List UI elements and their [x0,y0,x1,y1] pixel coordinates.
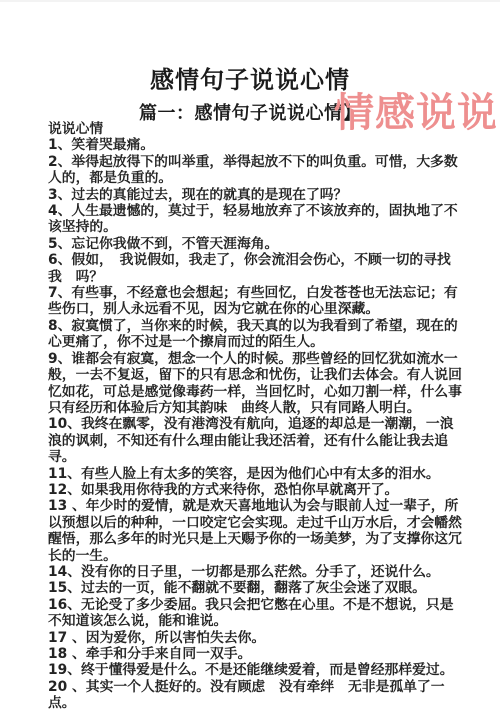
document-page: 感情句子说说心情 篇一：感情句子说说心情】 情感说说 说说心情 1、笑着哭最痛。… [0,0,500,710]
quote-item: 10、我终在飘零，没有港湾没有航向，追逐的却总是一潮潮，一浪浪的讽刺，不知还有什… [48,416,464,465]
quote-item: 7、有些事，不经意也会想起；有些回忆，白发苍苍也无法忘记；有些伤口，别人永远看不… [48,285,464,318]
quote-item: 20 、其实一个人挺好的。没有顾虑 没有牵绊 无非是孤单了一点。 [48,679,464,710]
quote-item: 8、寂寞惯了，当你来的时候，我天真的以为我看到了希望，现在的心更痛了，你不过是一… [48,318,464,351]
quote-item: 18 、牵手和分手来自同一双手。 [48,646,464,662]
quote-item: 19、终于懂得爱是什么。不是还能继续爱着，而是曾经那样爱过。 [48,662,464,678]
quote-item: 13 、年少时的爱情，就是欢天喜地地认为会与眼前人过一辈子，所以预想以后的种种，… [48,498,464,564]
quote-item: 3、过去的真能过去，现在的就真的是现在了吗？ [48,187,464,203]
watermark-text: 情感说说 [334,93,498,133]
quote-list: 说说心情 1、笑着哭最痛。 2、举得起放得下的叫举重，举得起放不下的叫负重。可惜… [48,121,464,710]
quote-item: 14、没有你的日子里，一切都是那么茫然。分手了，还说什么。 [48,564,464,580]
quote-item: 2、举得起放得下的叫举重，举得起放不下的叫负重。可惜，大多数人的，都是负重的。 [48,154,464,187]
quote-item: 5、忘记你我做不到，不管天涯海角。 [48,236,464,252]
quote-item: 11、有些人脸上有太多的笑容，是因为他们心中有太多的泪水。 [48,466,464,482]
quote-item: 9、谁都会有寂寞，想念一个人的时候。那些曾经的回忆犹如流水一般，一去不复返，留下… [48,351,464,417]
quote-item: 15、过去的一页，能不翻就不要翻，翻落了灰尘会迷了双眼。 [48,580,464,596]
page-title: 感情句子说说心情 [0,2,500,95]
quote-item: 4、人生最遗憾的，莫过于，轻易地放弃了不该放弃的，固执地了不该坚持的。 [48,203,464,236]
quote-item: 16、无论受了多少委屈。我只会把它憋在心里。不是不想说，只是不知道该怎么说，能和… [48,597,464,630]
quote-item: 6、假如， 我说假如，我走了，你会流泪会伤心，不顾一切的寻找我 吗？ [48,252,464,285]
quote-item: 1、笑着哭最痛。 [48,137,464,153]
quote-item: 12、如果我用你待我的方式来待你，恐怕你早就离开了。 [48,482,464,498]
quote-item: 17 、因为爱你，所以害怕失去你。 [48,630,464,646]
